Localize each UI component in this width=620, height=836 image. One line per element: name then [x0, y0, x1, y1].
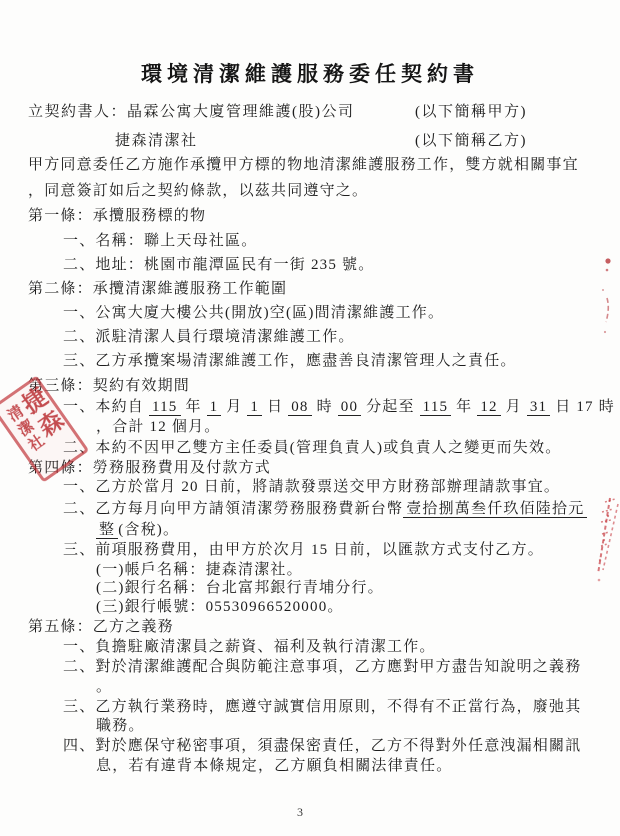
- underlined-value: 115: [149, 399, 181, 416]
- text-segment: ，同意簽訂如后之契約條款，以茲共同遵守之。: [28, 183, 368, 199]
- text-segment: 一、本約自: [63, 399, 149, 415]
- contract-line: 一、本約自 115 年 1 月 1 日 08 時 00 分起至 115 年 12…: [63, 398, 620, 417]
- text-segment: 。: [96, 679, 112, 695]
- contract-line: 四、對於應保守秘密事項，須盡保密責任，乙方不得對外任意洩漏相關訊: [63, 737, 581, 756]
- underlined-value: 1: [247, 399, 262, 416]
- contract-line: 第三條：契約有效期間: [28, 377, 190, 396]
- contract-line: (一)帳戶名稱：捷森清潔社。: [96, 561, 303, 580]
- text-segment: 一、乙方於當月 20 日前，將請款發票送交甲方財務部辦理請款事宜。: [63, 479, 560, 495]
- text-segment: 息，若有違背本條規定，乙方願負相關法律責任。: [96, 758, 452, 774]
- contract-line: 息，若有違背本條規定，乙方願負相關法律責任。: [96, 757, 452, 776]
- contract-line: 一、公寓大廈大樓公共(開放)空(區)間清潔維護工作。: [63, 304, 444, 323]
- contract-line: 一、乙方於當月 20 日前，將請款發票送交甲方財務部辦理請款事宜。: [63, 478, 560, 497]
- contract-line: 二、本約不因甲乙雙方主任委員(管理負責人)或負責人之變更而失效。: [63, 439, 561, 458]
- text-segment: 第二條：承攬清潔維護服務工作範圍: [28, 281, 287, 297]
- party-a-alias: (以下簡稱甲方): [415, 100, 527, 121]
- text-segment: 甲方同意委任乙方施作承攬甲方標的物地清潔維護服務工作，雙方就相關事宜: [28, 157, 579, 173]
- text-segment: 年: [181, 399, 207, 415]
- text-segment: (二)銀行名稱：台北富邦銀行青埔分行。: [96, 580, 384, 596]
- contract-line: (二)銀行名稱：台北富邦銀行青埔分行。: [96, 579, 384, 598]
- text-segment: (含稅)。: [118, 522, 179, 538]
- contract-line: 三、乙方承攬案場清潔維護工作，應盡善良清潔管理人之責任。: [63, 352, 517, 371]
- contract-line: 三、乙方執行業務時，應遵守誠實信用原則，不得有不正當行為，廢弛其: [63, 698, 581, 717]
- text-segment: 年: [451, 399, 477, 415]
- contract-line: 二、對於清潔維護配合與防範注意事項，乙方應對甲方盡告知說明之義務: [63, 658, 581, 677]
- party-a-name: 晶霖公寓大廈管理維護(股)公司: [127, 104, 355, 120]
- contract-line: 。: [96, 678, 112, 697]
- text-segment: 三、乙方執行業務時，應遵守誠實信用原則，不得有不正當行為，廢弛其: [63, 699, 581, 715]
- party-label: 立契約書人：: [28, 104, 127, 120]
- contract-line: 三、前項服務費用，由甲方於次月 15 日前，以匯款方式支付乙方。: [63, 541, 544, 560]
- text-segment: (一)帳戶名稱：捷森清潔社。: [96, 562, 303, 578]
- text-segment: 一、名稱：聯上天母社區。: [63, 233, 257, 249]
- text-segment: 日 17 時 00 止: [550, 399, 620, 415]
- party-b-name: 捷森清潔社: [115, 133, 198, 149]
- text-segment: 時: [312, 399, 338, 415]
- text-segment: 二、對於清潔維護配合與防範注意事項，乙方應對甲方盡告知說明之義務: [63, 659, 581, 675]
- contract-line: 二、地址：桃園市龍潭區民有一街 235 號。: [63, 256, 374, 275]
- underlined-value: 31: [527, 399, 550, 416]
- stamp-fragment-right-upper: [598, 252, 620, 340]
- underlined-value: 08: [288, 399, 311, 416]
- text-segment: ，合計 12 個月。: [96, 419, 221, 435]
- contract-line: 甲方同意委任乙方施作承攬甲方標的物地清潔維護服務工作，雙方就相關事宜: [28, 156, 579, 175]
- text-segment: 三、乙方承攬案場清潔維護工作，應盡善良清潔管理人之責任。: [63, 353, 517, 369]
- text-segment: 職務。: [96, 718, 145, 734]
- party-a-line: 立契約書人：晶霖公寓大廈管理維護(股)公司 (以下簡稱甲方): [28, 100, 592, 121]
- text-segment: 分起至: [361, 399, 420, 415]
- contract-line: ，同意簽訂如后之契約條款，以茲共同遵守之。: [28, 182, 368, 201]
- text-segment: (三)銀行帳號：05530966520000。: [96, 599, 344, 615]
- text-segment: 月: [221, 399, 247, 415]
- contract-line: 一、名稱：聯上天母社區。: [63, 232, 257, 251]
- contract-line: ，合計 12 個月。: [96, 418, 221, 437]
- underlined-value: 12: [477, 399, 500, 416]
- contract-line: 二、派駐清潔人員行環境清潔維護工作。: [63, 328, 355, 347]
- text-segment: 二、派駐清潔人員行環境清潔維護工作。: [63, 329, 355, 345]
- contract-line: 職務。: [96, 717, 145, 736]
- contract-line: (三)銀行帳號：05530966520000。: [96, 598, 344, 617]
- contract-line: 第一條：承攬服務標的物: [28, 207, 206, 226]
- text-segment: 一、負擔駐廠清潔員之薪資、福利及執行清潔工作。: [63, 639, 436, 655]
- text-segment: 第一條：承攬服務標的物: [28, 208, 206, 224]
- underlined-value: 1: [207, 399, 222, 416]
- underlined-value: 115: [420, 399, 452, 416]
- text-segment: 三、前項服務費用，由甲方於次月 15 日前，以匯款方式支付乙方。: [63, 542, 544, 558]
- contract-line: 一、負擔駐廠清潔員之薪資、福利及執行清潔工作。: [63, 638, 436, 657]
- text-segment: 第五條：乙方之義務: [28, 619, 174, 635]
- text-segment: 第三條：契約有效期間: [28, 378, 190, 394]
- text-segment: 一、公寓大廈大樓公共(開放)空(區)間清潔維護工作。: [63, 305, 444, 321]
- contract-line: 第五條：乙方之義務: [28, 618, 174, 637]
- text-segment: 二、乙方每月向甲方請領清潔勞務服務費新台幣: [63, 501, 403, 517]
- document-title: 環境清潔維護服務委任契約書: [0, 58, 620, 88]
- contract-line: 整(含稅)。: [96, 521, 179, 540]
- contract-line: 二、乙方每月向甲方請領清潔勞務服務費新台幣壹拾捌萬叁仟玖佰陸拾元: [63, 500, 587, 519]
- text-segment: 日: [262, 399, 288, 415]
- text-segment: 二、本約不因甲乙雙方主任委員(管理負責人)或負責人之變更而失效。: [63, 440, 561, 456]
- text-segment: 二、地址：桃園市龍潭區民有一街 235 號。: [63, 257, 374, 273]
- underlined-value: 整: [96, 522, 118, 539]
- underlined-value: 壹拾捌萬叁仟玖佰陸拾元: [403, 501, 587, 518]
- underlined-value: 00: [338, 399, 361, 416]
- contract-page: 環境清潔維護服務委任契約書 立契約書人：晶霖公寓大廈管理維護(股)公司 (以下簡…: [0, 0, 620, 836]
- contract-line: 第二條：承攬清潔維護服務工作範圍: [28, 280, 287, 299]
- party-b-alias: (以下簡稱乙方): [415, 129, 527, 150]
- page-number: 3: [0, 805, 600, 820]
- party-b-line: 捷森清潔社 (以下簡稱乙方): [28, 129, 592, 150]
- stamp-fragment-right-mid: [588, 494, 620, 590]
- text-segment: 月: [501, 399, 527, 415]
- text-segment: 四、對於應保守秘密事項，須盡保密責任，乙方不得對外任意洩漏相關訊: [63, 738, 581, 754]
